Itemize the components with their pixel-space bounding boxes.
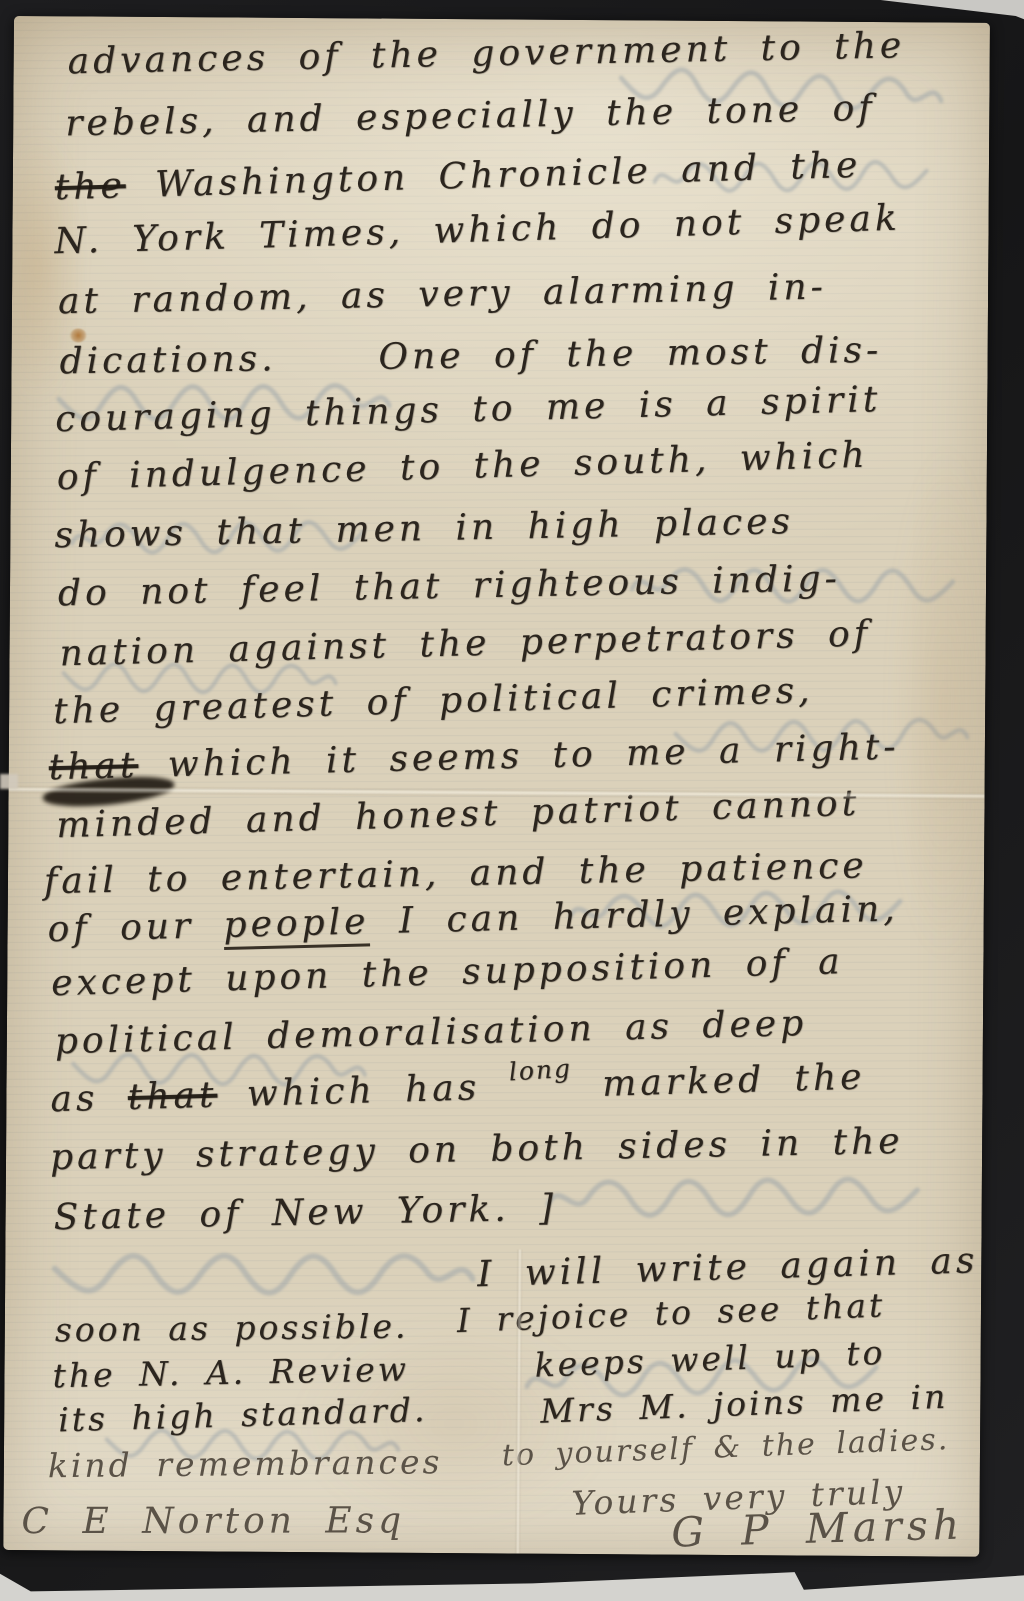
bleedthrough-ghost-writing — [546, 1169, 927, 1223]
handwritten-line-06: dications. One of the most dis- — [59, 331, 882, 382]
handwritten-line-24-left: the N. A. Review — [52, 1351, 409, 1394]
handwritten-line-22: I will write again as — [477, 1241, 979, 1295]
aging-stain — [887, 442, 990, 963]
handwritten-line-26-left: kind remembrances — [48, 1444, 443, 1484]
handwritten-line-02: rebels, and especially the tone of — [65, 89, 876, 144]
handwritten-line-09: shows that men in high places — [54, 502, 794, 556]
handwritten-line-08: of indulgence to the south, which — [56, 436, 869, 498]
struck-word: that — [48, 745, 139, 788]
signature: G P Marsh — [671, 1502, 965, 1555]
addressee-line: C E Norton Esq — [21, 1501, 405, 1541]
letter-scan: advances of the government to the rebels… — [0, 0, 1024, 1601]
underlined-word: people — [223, 901, 370, 950]
handwritten-line-03: the Washington Chronicle and the — [54, 146, 862, 208]
handwritten-line-18: political demoralisation as deep — [54, 1004, 807, 1062]
struck-word: the — [54, 165, 126, 208]
bleedthrough-ghost-writing — [45, 1245, 475, 1300]
handwritten-line-20: party strategy on both sides in the — [50, 1122, 904, 1178]
handwritten-line-23-left: soon as possible. — [55, 1309, 409, 1349]
fold-crease-edge-notch — [0, 774, 18, 789]
handwritten-line-13: that which it seems to me a right- — [48, 727, 900, 787]
handwritten-line-05: at random, as very alarming in- — [58, 268, 827, 322]
handwritten-line-21: State of New York. ] — [53, 1189, 557, 1238]
inserted-word: long — [508, 1055, 573, 1086]
struck-word: that — [127, 1075, 218, 1118]
letter-page: advances of the government to the rebels… — [3, 16, 990, 1557]
handwritten-line-11: nation against the perpetrators of — [59, 615, 871, 674]
handwritten-line-17: except upon the supposition of a — [51, 942, 844, 1004]
handwritten-line-04: N. York Times, which do not speak — [54, 199, 901, 262]
